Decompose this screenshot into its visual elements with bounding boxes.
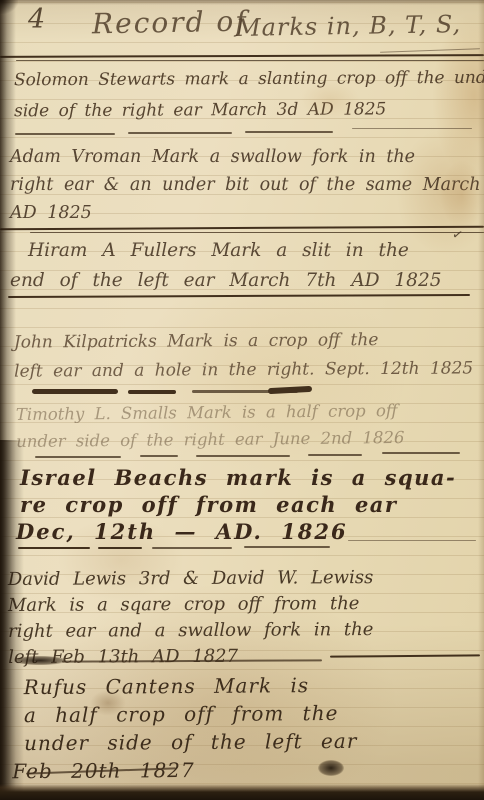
entry-rufus-canten: Rufus Cantens Mark is a half crop off fr… <box>24 671 358 785</box>
entry-line: left ear and a hole in the right. Sept. … <box>14 354 473 386</box>
entry-separator <box>128 390 176 394</box>
entry-separator <box>330 654 480 657</box>
binding-edge-bottom <box>0 784 484 800</box>
entry-separator <box>196 455 290 457</box>
entry-hiram-fuller: Hiram A Fullers Mark a slit in the end o… <box>10 236 442 296</box>
entry-line: AD 1825 <box>10 199 484 227</box>
page-number: 4 <box>28 4 45 35</box>
entry-line: Mark is a sqare crop off from the <box>8 591 374 619</box>
entry-line: right ear & an under bit out of the same… <box>10 171 484 199</box>
ledger-page: 4 Record of Marks in, B, T, S, Solomon S… <box>0 0 484 800</box>
entry-line: Hiram A Fullers Mark a slit in the <box>28 236 442 266</box>
entry-separator <box>245 131 333 133</box>
entry-line: Feb 20th 1827 <box>12 755 357 785</box>
ink-blot <box>318 760 344 776</box>
check-mark: ✓ <box>451 227 465 244</box>
entry-line: end of the left ear March 7th AD 1825 <box>10 266 442 296</box>
entry-line: re crop off from each ear <box>20 491 456 518</box>
entry-john-kilpatrick: John Kilpatricks Mark is a crop off the … <box>14 325 474 386</box>
entry-line: Adam Vroman Mark a swallow fork in the <box>10 143 484 171</box>
ink-smear <box>14 656 66 665</box>
entry-solomon-stewarts: Solomon Stewarts mark a slanting crop of… <box>14 63 484 128</box>
date-underline <box>98 547 142 549</box>
entry-separator <box>32 389 118 394</box>
entry-adam-vroman: Adam Vroman Mark a swallow fork in the r… <box>10 143 484 227</box>
entry-separator <box>308 454 362 456</box>
entry-line: a half crop off from the <box>24 699 357 729</box>
entry-separator <box>140 455 178 457</box>
entry-separator <box>128 132 232 134</box>
date-underline <box>152 547 232 549</box>
entry-line: David Lewis 3rd & David W. Lewiss <box>8 565 374 593</box>
entry-line: under side of the left ear <box>24 727 357 757</box>
header-rule-extra <box>380 48 480 52</box>
entry-line: Israel Beachs mark is a squa- <box>20 464 456 491</box>
entry-line: John Kilpatricks Mark is a crop off the <box>14 325 473 357</box>
date-underline <box>18 547 90 549</box>
entry-separator <box>382 452 460 454</box>
entry-line: Solomon Stewarts mark a slanting crop of… <box>14 63 484 97</box>
entry-line: under side of the right ear June 2nd 182… <box>16 424 405 455</box>
date-underline <box>244 546 330 548</box>
entry-separator <box>352 128 472 129</box>
binding-corner-top-left <box>0 0 18 14</box>
header-rule-top <box>0 54 484 58</box>
entry-separator <box>35 456 121 458</box>
header-rule-bottom <box>16 60 484 61</box>
entry-line: side of the right ear March 3d AD 1825 <box>14 94 484 128</box>
entry-line: Timothy L. Smalls Mark is a half crop of… <box>16 397 405 428</box>
page-title-marks: Marks in, B, T, S, <box>236 10 462 42</box>
entry-line: Rufus Cantens Mark is <box>24 671 357 701</box>
date-underline <box>348 540 476 541</box>
entry-israel-beach: Israel Beachs mark is a squa- re crop of… <box>20 464 456 545</box>
entry-separator <box>15 133 115 135</box>
entry-separator <box>268 386 312 394</box>
entry-timothy-small: Timothy L. Smalls Mark is a half crop of… <box>16 397 405 455</box>
entry-line: right ear and a swallow fork in the <box>8 617 374 645</box>
entry-separator <box>30 232 484 233</box>
page-title-record-of: Record of <box>92 5 248 41</box>
